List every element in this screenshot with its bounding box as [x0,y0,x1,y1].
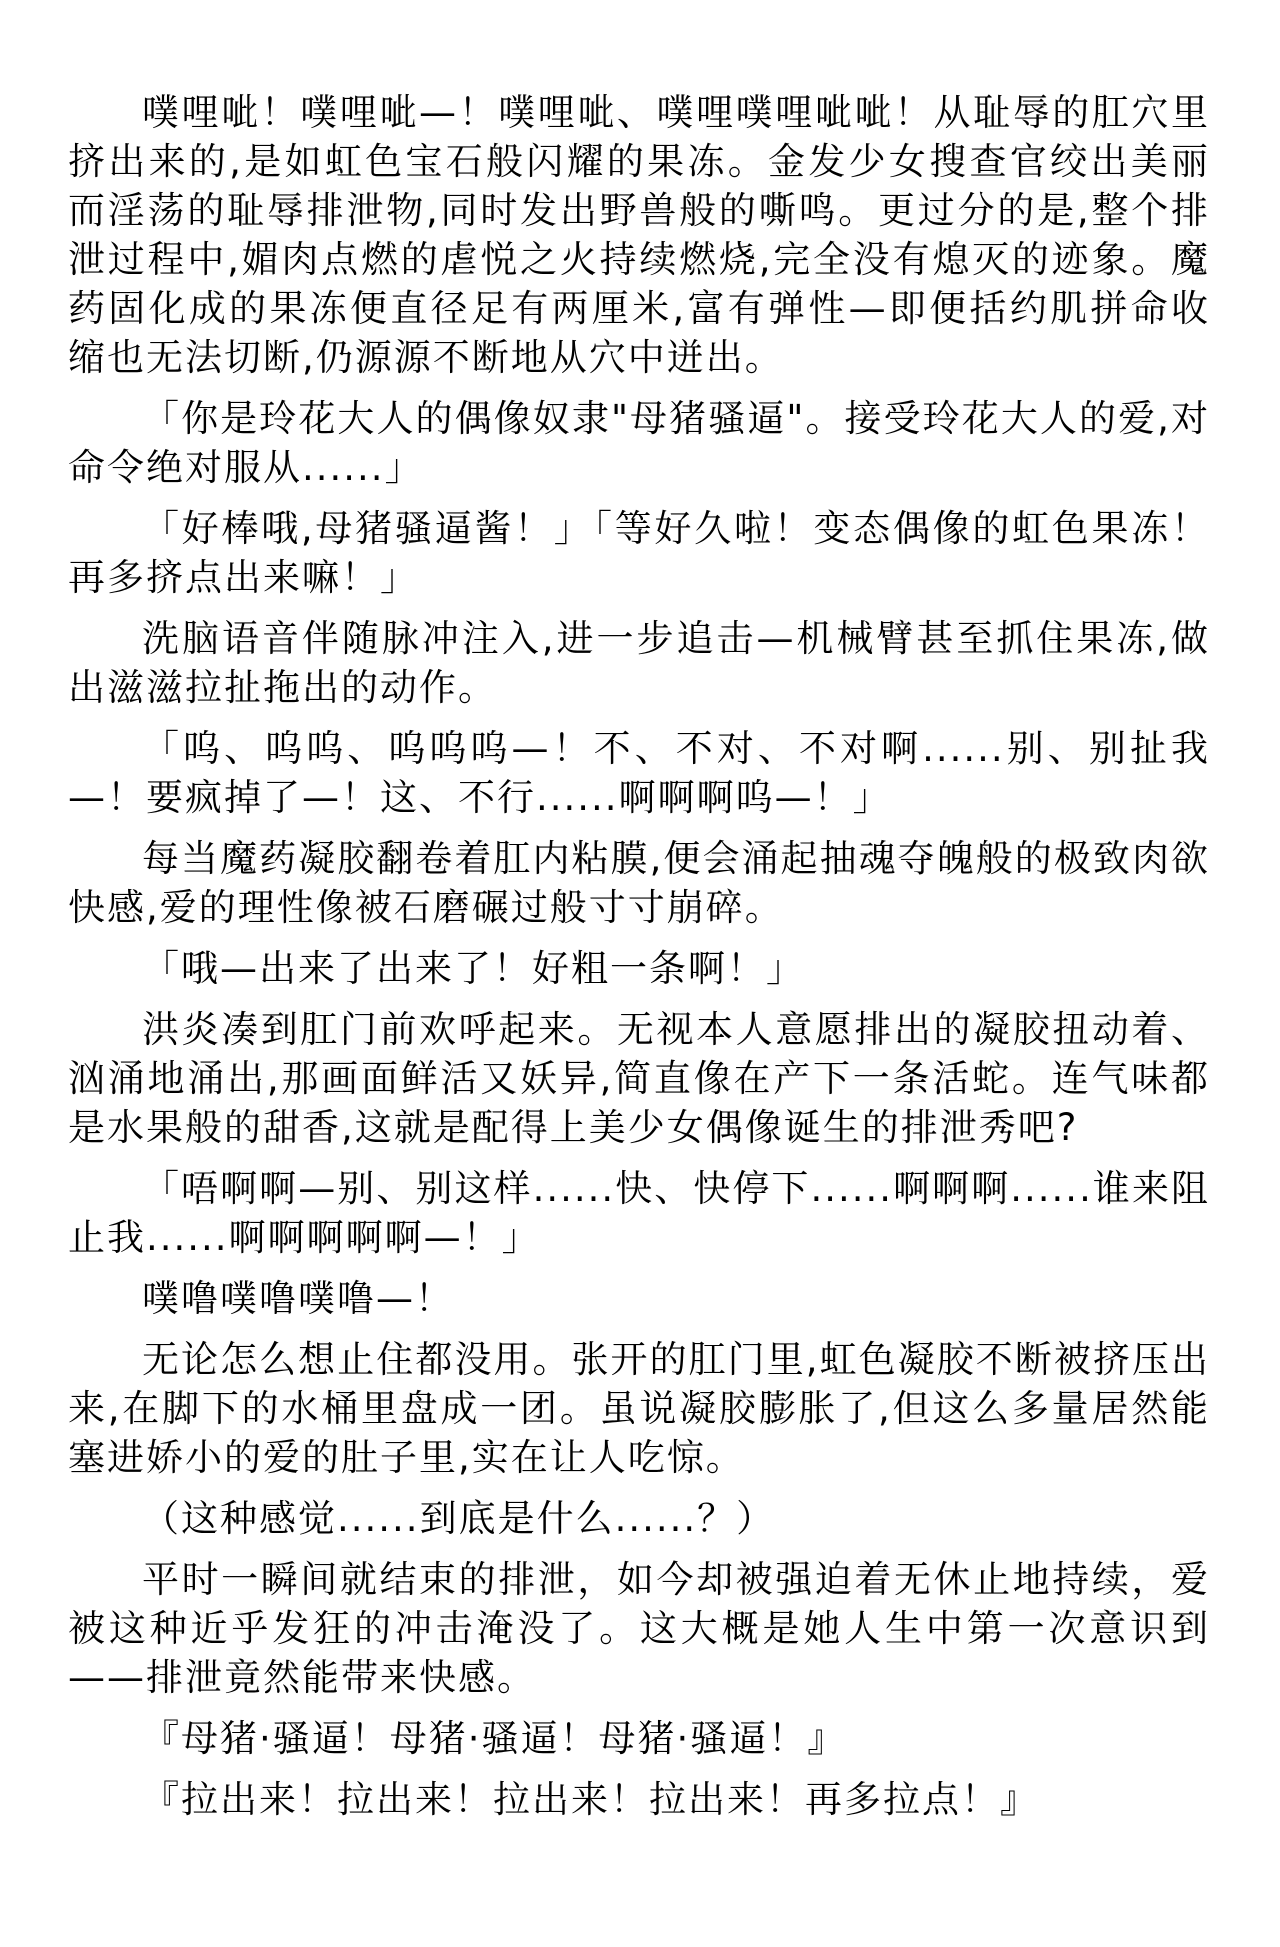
paragraph: 每当魔药凝胶翻卷着肛内粘膜,便会涌起抽魂夺魄般的极致肉欲快感,爱的理性像被石磨碾… [68,834,1210,932]
paragraph: 『拉出来！拉出来！拉出来！拉出来！再多拉点！』 [68,1775,1210,1824]
paragraph: 洪炎凑到肛门前欢呼起来。无视本人意愿排出的凝胶扭动着、汹涌地涌出,那画面鲜活又妖… [68,1005,1210,1152]
paragraph: 噗噜噗噜噗噜—！ [68,1274,1210,1323]
paragraph: 平时一瞬间就结束的排泄，如今却被强迫着无休止地持续，爱被这种近乎发狂的冲击淹没了… [68,1555,1210,1702]
paragraph: 洗脑语音伴随脉冲注入,进一步追击—机械臂甚至抓住果冻,做出滋滋拉扯拖出的动作。 [68,614,1210,712]
paragraph: （这种感觉......到底是什么......？） [68,1494,1210,1543]
paragraph: 『母猪·骚逼！母猪·骚逼！母猪·骚逼！』 [68,1714,1210,1763]
paragraph: 「好棒哦,母猪骚逼酱！」「等好久啦！变态偶像的虹色果冻！再多挤点出来嘛！」 [68,504,1210,602]
paragraph: 噗哩呲！噗哩呲—！噗哩呲、噗哩噗哩呲呲！从耻辱的肛穴里挤出来的,是如虹色宝石般闪… [68,88,1210,382]
paragraph: 「唔啊啊—别、别这样......快、快停下......啊啊啊......谁来阻止… [68,1164,1210,1262]
paragraph: 无论怎么想止住都没用。张开的肛门里,虹色凝胶不断被挤压出来,在脚下的水桶里盘成一… [68,1335,1210,1482]
novel-text-page: 噗哩呲！噗哩呲—！噗哩呲、噗哩噗哩呲呲！从耻辱的肛穴里挤出来的,是如虹色宝石般闪… [0,0,1280,1947]
paragraph: 「呜、呜呜、呜呜呜—！不、不对、不对啊......别、别扯我—！要疯掉了—！这、… [68,724,1210,822]
paragraph: 「哦—出来了出来了！好粗一条啊！」 [68,944,1210,993]
paragraph: 「你是玲花大人的偶像奴隶"母猪骚逼"。接受玲花大人的爱,对命令绝对服从.....… [68,394,1210,492]
